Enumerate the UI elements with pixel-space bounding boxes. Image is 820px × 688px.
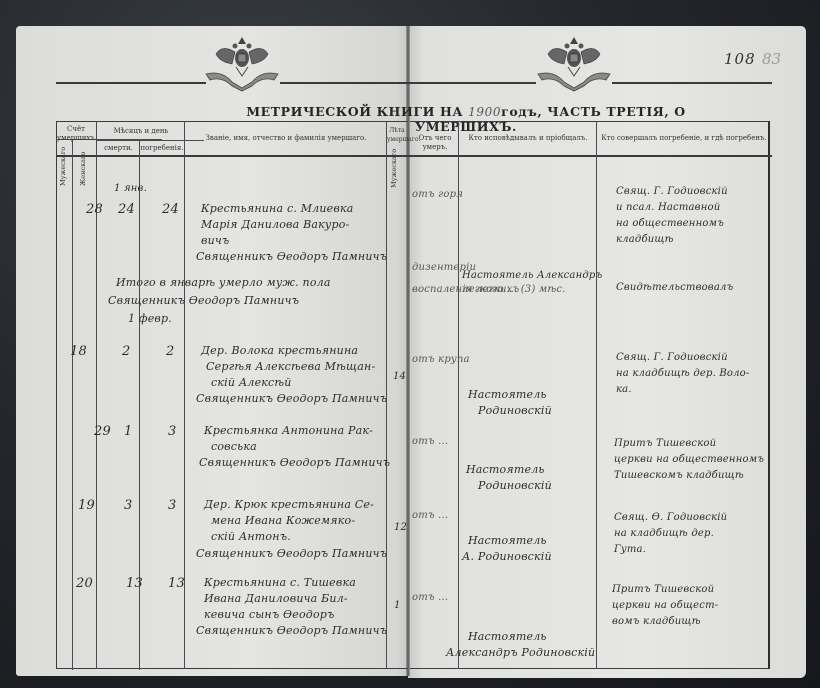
confessor-line: Настоятель Александръ bbox=[462, 270, 602, 281]
burial-note-line: церкви на общест- bbox=[612, 600, 718, 611]
burial-note-line: ка. bbox=[616, 384, 632, 395]
folio-number: 108 bbox=[724, 50, 756, 68]
death-cause: отъ ... bbox=[412, 510, 448, 521]
header-count-female: Женскаго bbox=[79, 158, 87, 186]
month-header: 1 янв. bbox=[114, 183, 147, 194]
deceased-name-line: Крестьянина с. Тишевка bbox=[204, 576, 356, 589]
confessor-line: Родиновскій bbox=[478, 404, 552, 417]
burial-note-line: Свящ. Г. Годиовскій bbox=[616, 186, 728, 197]
month-header: 1 февр. bbox=[128, 312, 172, 325]
folio-number-old: 83 bbox=[762, 50, 781, 68]
burial-day: 24 bbox=[162, 202, 179, 217]
deceased-name-line: скій Алексѣй bbox=[211, 376, 292, 389]
confessor-line: А. Родиновскій bbox=[462, 550, 552, 563]
burial-note-line: на кладбищѣ дер. Воло- bbox=[616, 368, 749, 379]
burial-note-line: Тишевскомъ кладбищѣ bbox=[614, 470, 744, 481]
imperial-eagle-emblem-icon bbox=[534, 34, 614, 92]
header-name: Званіе, имя, отчество и фамилія умершаго… bbox=[186, 134, 386, 143]
title-prefix: МЕТРИЧЕСКОЙ КНИГИ НА bbox=[246, 104, 463, 119]
header-burier: Кто совершалъ погребеніе, и гдѣ погребен… bbox=[598, 134, 770, 143]
death-cause: отъ ... bbox=[412, 592, 448, 603]
burial-day: 2 bbox=[166, 344, 174, 359]
header-rule bbox=[280, 82, 536, 84]
deceased-name-line: скій Антонъ. bbox=[211, 530, 291, 543]
entry-count: 19 bbox=[78, 498, 95, 513]
column-line bbox=[72, 140, 73, 670]
imperial-eagle-emblem-icon bbox=[202, 34, 282, 92]
deceased-name-line: Крестьянка Антонина Рак- bbox=[204, 424, 373, 437]
summary-line: Священникъ Ѳеодоръ Памничъ bbox=[108, 294, 299, 307]
header-divider bbox=[56, 155, 772, 157]
death-cause: отъ ... bbox=[412, 436, 448, 447]
confessor-line: Родиновскій bbox=[478, 479, 552, 492]
burial-note-line: на общественномъ bbox=[616, 218, 724, 229]
deceased-name-line: Дер. Крюк крестьянина Се- bbox=[204, 498, 374, 511]
deceased-name-line: совська bbox=[211, 440, 257, 453]
header-count-deceased: Счёт умершихъ. bbox=[57, 125, 95, 143]
entry-count: 29 bbox=[94, 424, 111, 439]
header-burial: погребенія. bbox=[140, 144, 184, 153]
header-confessor: Кто исповѣдывалъ и пріобщалъ. bbox=[460, 134, 596, 143]
burial-note-line: Свящ. Г. Годиовскій bbox=[616, 352, 728, 363]
burial-note-line: церкви на общественномъ bbox=[614, 454, 764, 465]
priest-signature: Священникъ Ѳеодоръ Памничъ bbox=[196, 250, 387, 263]
entry-count: 28 bbox=[86, 202, 103, 217]
burial-note-line: кладбищѣ bbox=[616, 234, 674, 245]
confessor-line: Александръ Родиновскій bbox=[446, 646, 595, 659]
header-age: Лѣта умершаго. bbox=[387, 126, 407, 144]
age-value: 12 bbox=[394, 522, 407, 533]
priest-signature: Священникъ Ѳеодоръ Памничъ bbox=[196, 392, 387, 405]
title-year: 1900 bbox=[468, 105, 501, 119]
death-day: 3 bbox=[124, 498, 132, 513]
burial-day: 3 bbox=[168, 424, 176, 439]
header-month-day: Мѣсяцъ и день bbox=[98, 127, 184, 136]
deceased-name-line: Ивана Даниловича Бил- bbox=[204, 592, 348, 605]
confessor-line: Настоятель bbox=[468, 534, 547, 547]
deceased-name-line: Сергѣя Алексѣева Мѣщан- bbox=[206, 360, 375, 373]
entry-count: 18 bbox=[70, 344, 87, 359]
burial-note-line: вомъ кладбищѣ bbox=[612, 616, 701, 627]
deceased-name-line: Дер. Волока крестьянина bbox=[201, 344, 358, 357]
death-cause: отъ крупа bbox=[412, 354, 470, 365]
confessor-line: Настоятель bbox=[466, 463, 545, 476]
deceased-name-line: мена Ивана Кожемяко- bbox=[211, 514, 355, 527]
column-line bbox=[596, 121, 597, 669]
age-value: 14 bbox=[393, 371, 406, 382]
confessor-line: легкого ... (3) мѣс. bbox=[462, 284, 566, 295]
open-register-book: 108 83 МЕТРИЧЕСКОЙ КНИГИ НА 1900годъ, ЧА… bbox=[16, 26, 806, 678]
deceased-name-line: вичъ bbox=[201, 234, 229, 247]
header-death: смерти. bbox=[98, 144, 139, 153]
burial-note-line: Гута. bbox=[614, 544, 646, 555]
deceased-name-line: Марія Данилова Вакуро- bbox=[201, 218, 349, 231]
burial-note-line: Притъ Тишевской bbox=[612, 584, 714, 595]
priest-signature: Священникъ Ѳеодоръ Памничъ bbox=[196, 624, 387, 637]
burial-note-line: Свящ. Ѳ. Годиовскій bbox=[614, 512, 727, 523]
death-day: 24 bbox=[118, 202, 135, 217]
summary-line: Итого в январѣ умерло муж. пола bbox=[116, 276, 331, 289]
deceased-name-line: Крестьянина с. Млиевка bbox=[201, 202, 354, 215]
priest-signature: Священникъ Ѳеодоръ Памничъ bbox=[199, 456, 390, 469]
burial-note-line: и псал. Наставной bbox=[616, 202, 720, 213]
column-line bbox=[458, 121, 459, 669]
burial-day: 13 bbox=[168, 576, 185, 591]
header-age-male: Мужескаго bbox=[390, 158, 398, 188]
burial-day: 3 bbox=[168, 498, 176, 513]
death-day: 2 bbox=[122, 344, 130, 359]
header-rule bbox=[56, 82, 206, 84]
burial-note-line: на кладбищѣ дер. bbox=[614, 528, 714, 539]
header-rule bbox=[612, 82, 772, 84]
burial-note-line: Свидѣтельствовалъ bbox=[616, 282, 733, 293]
age-value: 1 bbox=[394, 600, 401, 611]
burial-note-line: Притъ Тишевской bbox=[614, 438, 716, 449]
confessor-line: Настоятель bbox=[468, 630, 547, 643]
death-day: 1 bbox=[124, 424, 132, 439]
entry-count: 20 bbox=[76, 576, 93, 591]
death-day: 13 bbox=[126, 576, 143, 591]
header-cause: Отъ чего умеръ. bbox=[412, 134, 458, 152]
priest-signature: Священникъ Ѳеодоръ Памничъ bbox=[196, 547, 387, 560]
confessor-line: Настоятель bbox=[468, 388, 547, 401]
header-count-male: Мужескаго bbox=[59, 158, 67, 186]
death-cause: отъ горя bbox=[412, 189, 463, 200]
deceased-name-line: кевича сынъ Ѳеодоръ bbox=[204, 608, 335, 621]
